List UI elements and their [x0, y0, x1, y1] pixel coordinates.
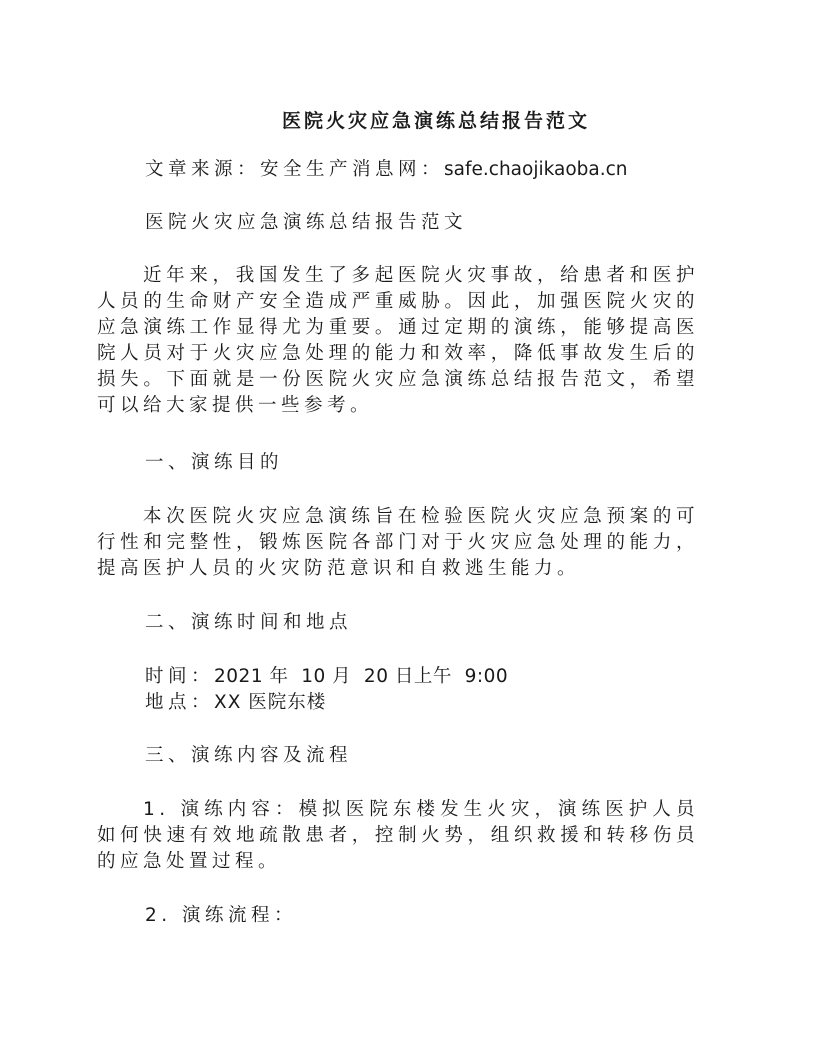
time-label: 时间：	[145, 666, 214, 687]
document-title: 医院火灾应急演练总结报告范文	[97, 108, 699, 134]
source-line: 文章来源：安全生产消息网：safe.chaojikaoba.cn	[145, 157, 705, 183]
subtitle: 医院火灾应急演练总结报告范文	[145, 210, 705, 236]
time-value: 2021 年 10 月 20 日上午 9:00	[214, 666, 508, 687]
place-label: 地点：	[145, 692, 214, 713]
place-line: 地点：XX 医院东楼	[145, 690, 705, 716]
section-2-heading: 二、演练时间和地点	[145, 610, 705, 636]
source-label: 文章来源：安全生产消息网：	[145, 159, 444, 180]
section-3-heading: 三、演练内容及流程	[145, 743, 705, 769]
section-1-heading: 一、演练目的	[145, 450, 705, 476]
section-1-body: 本次医院火灾应急演练旨在检验医院火灾应急预案的可行性和完整性，锻炼医院各部门对于…	[97, 504, 699, 582]
section-3-item-1: 1. 演练内容：模拟医院东楼发生火灾，演练医护人员如何快速有效地疏散患者，控制火…	[97, 797, 699, 875]
section-3-item-2: 2. 演练流程：	[145, 903, 705, 929]
intro-paragraph: 近年来，我国发生了多起医院火灾事故，给患者和医护人员的生命财产安全造成严重威胁。…	[97, 263, 699, 419]
time-line: 时间：2021 年 10 月 20 日上午 9:00	[145, 664, 705, 690]
place-value: XX 医院东楼	[214, 692, 326, 713]
source-url: safe.chaojikaoba.cn	[444, 159, 627, 180]
